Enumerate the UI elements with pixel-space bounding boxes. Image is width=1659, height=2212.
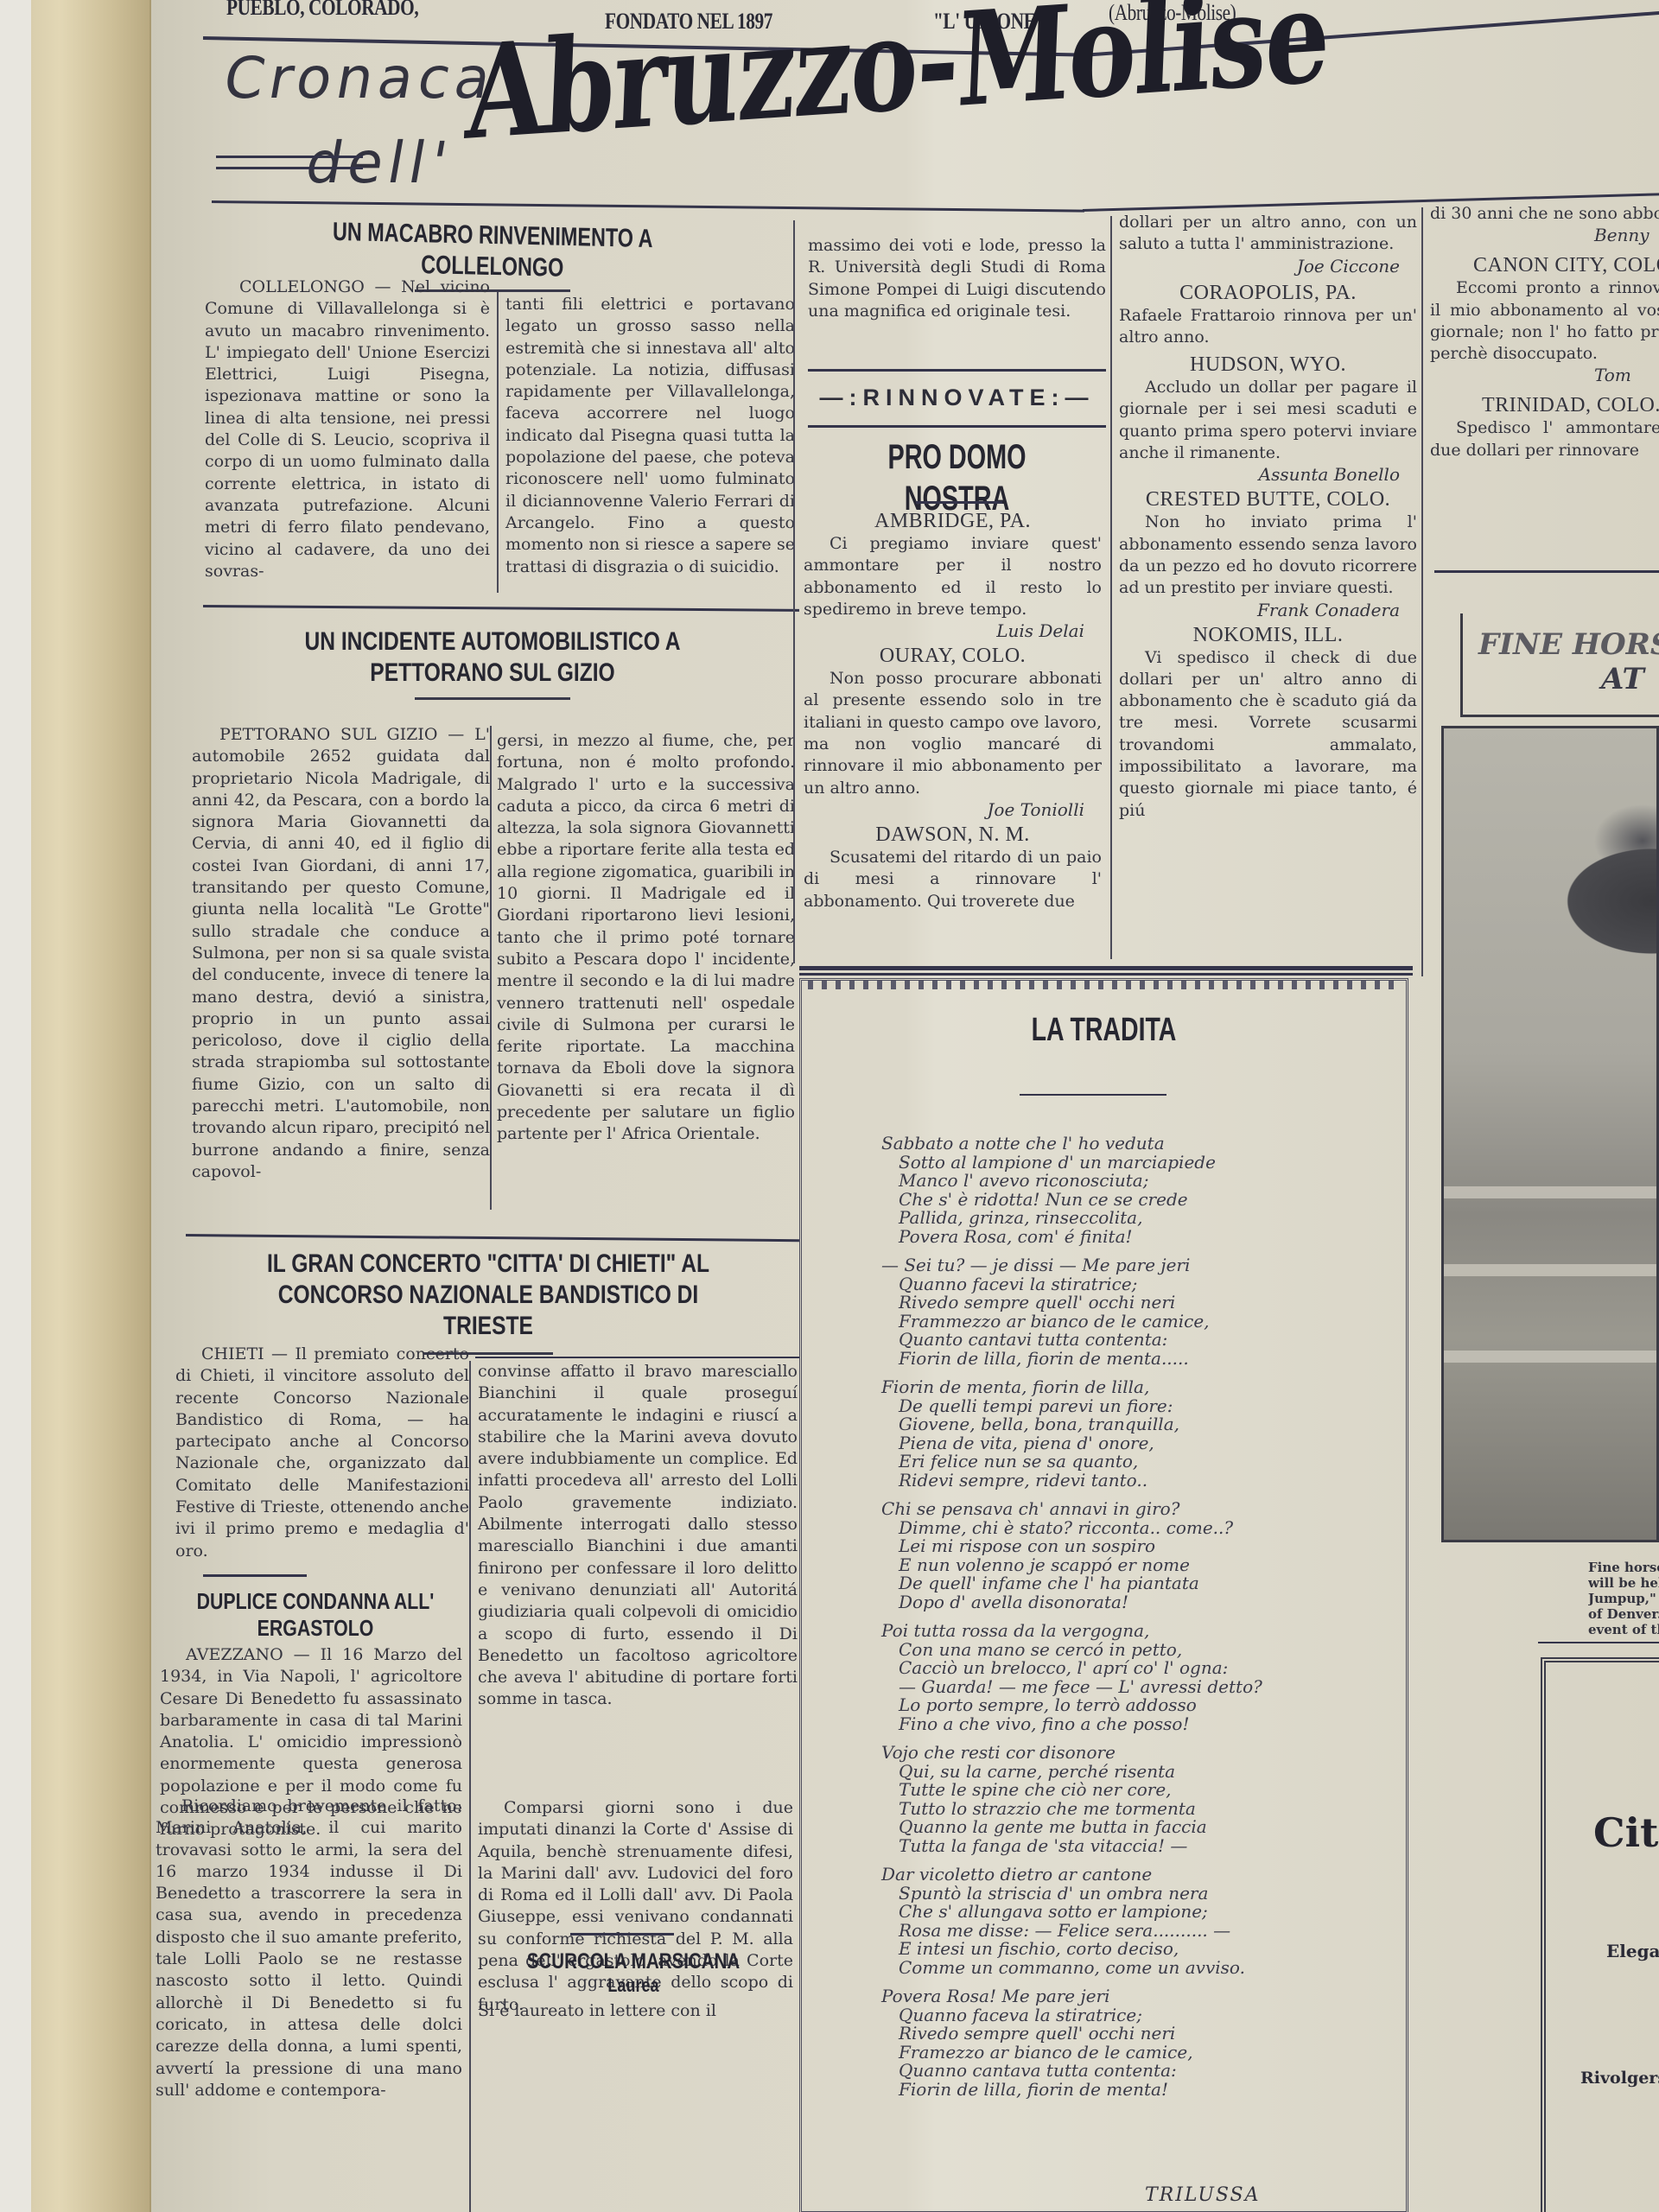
column-rule [469, 1361, 471, 2212]
letter-place: CORAOPOLIS, PA. [1119, 282, 1417, 305]
poem-line: Quanno cantava tutta contenta: [881, 2062, 1400, 2081]
column-rule [1110, 216, 1112, 959]
chieti-col1: CHIETI — Il premiato concerto di Chieti,… [175, 1344, 469, 1562]
masthead-title: Abruzzo-Molise [463, 0, 1332, 169]
poem-line: Giovene, bella, bona, tranquilla, [881, 1415, 1400, 1434]
masthead-double-rule-1 [216, 156, 363, 158]
poem-line: Quanno facevi la stiratrice; [881, 1275, 1400, 1294]
poem-line: Lei mi rispose con un sospiro [881, 1537, 1400, 1556]
poem-line: Framezzo ar bianco de le camice, [881, 2044, 1400, 2063]
horse-headline-1: FINE HORS [1463, 613, 1659, 662]
caption-line: of Denver. The horse sho [1588, 1606, 1659, 1622]
letter-text: Non posso procurare abbonati al presente… [804, 668, 1102, 799]
ergastolo-col1-p2: Ricordiamo brevemente il fatto: Marini A… [156, 1796, 462, 2101]
masthead-dell: dell' [301, 130, 457, 196]
book-binding-edge [0, 0, 151, 2212]
poem-line: Sotto al lampione d' un marciapiede [881, 1154, 1400, 1173]
poem-line: Cacciò un brelocco, l' aprí co' l' ogna: [881, 1659, 1400, 1678]
poem-line: Qui, su la carne, perché risenta [881, 1763, 1400, 1782]
headline-pro-domo-nostra: PRO DOMO NOSTRA [849, 436, 1064, 519]
collelongo-col1: COLLELONGO — Nel vicino Comune di Villav… [205, 276, 490, 582]
poem-line: Lo porto sempre, lo terrò addosso [881, 1696, 1400, 1715]
letter-text: Non ho inviato prima l' abbonamento esse… [1119, 512, 1417, 599]
letter-signature: Luis Delai [804, 620, 1102, 641]
poem-line: Dimme, chi è stato? ricconta.. come..? [881, 1519, 1400, 1538]
poem-line: Che s' è ridotta! Nun ce se crede [881, 1191, 1400, 1210]
letter-text: Spedisco l' ammontare di due dollari per… [1430, 417, 1659, 461]
poem-line: Frammezzo ar bianco de le camice, [881, 1313, 1400, 1332]
poem-line: E intesi un fischio, corto deciso, [881, 1940, 1400, 1959]
photo-fence-rail [1444, 1186, 1656, 1198]
column-rule [1421, 207, 1423, 976]
photo-fence-rail [1444, 1351, 1656, 1363]
article-pettorano: UN INCIDENTE AUTOMOBILISTICO A PETTORANO… [212, 626, 773, 700]
poem-line: Chi se pensava ch' annavi in giro? [881, 1500, 1400, 1519]
section-double-rule [799, 966, 1413, 970]
column-rule [490, 726, 492, 1210]
section-rule [475, 1357, 799, 1358]
poem-line: Povera Rosa! Me pare jeri [881, 1987, 1400, 2006]
poem-line: Eri felice nun se sa quanto, [881, 1452, 1400, 1471]
poem-line: Fiorin de lilla, fiorin de menta! [881, 2081, 1400, 2100]
letter-text: Scusatemi del ritardo di un paio di mesi… [804, 847, 1102, 912]
letter-place: NOKOMIS, ILL. [1119, 624, 1417, 647]
ad-line-3: Elegante libretto [1606, 1941, 1659, 1961]
article-chieti: IL GRAN CONCERTO "CITTA' DI CHIETI" AL C… [186, 1249, 791, 1355]
letter-text: Ci pregiamo inviare quest' ammontare per… [804, 533, 1102, 620]
letter-place: AMBRIDGE, PA. [804, 510, 1102, 533]
poem-line: Rivedo sempre quell' occhi neri [881, 2024, 1400, 2044]
poem-stanza: Fiorin de menta, fiorin de lilla,De quel… [881, 1378, 1400, 1490]
poem-line: Fino a che vivo, fino a che posso! [881, 1715, 1400, 1734]
poem-stanza: Sabbato a notte che l' ho vedutaSotto al… [881, 1135, 1400, 1246]
letter-signature: Benny [1430, 225, 1659, 245]
poem-line: Fiorin de menta, fiorin de lilla, [881, 1378, 1400, 1397]
section-double-rule [799, 973, 1413, 976]
poem-stanza: Povera Rosa! Me pare jeriQuanno faceva l… [881, 1987, 1400, 2099]
poem-line: Tutte le spine che ciò ner core, [881, 1781, 1400, 1800]
poem-line: Quanto cantavi tutta contenta: [881, 1331, 1400, 1350]
headline-scurcola: SCURCOLA MARSICANA [505, 1948, 760, 1974]
horse-jumping-photo [1441, 726, 1659, 1542]
headline-ergastolo-2: ERGASTOLO [188, 1615, 442, 1642]
masthead-location: PUEBLO, COLORADO, [226, 0, 418, 21]
caption-line: Fine horses will be se [1588, 1560, 1659, 1575]
section-rule [1434, 570, 1659, 573]
pettorano-col1: PETTORANO SUL GIZIO — L' automobile 2652… [192, 724, 490, 1183]
caption-line: Jumpup," thoroughbred hu [1588, 1591, 1659, 1606]
poem-stanza: Dar vicoletto dietro ar cantoneSpuntò la… [881, 1866, 1400, 1977]
poem-line: Quanno la gente me butta in faccia [881, 1818, 1400, 1837]
section-rule [1538, 1642, 1659, 1643]
letter-place: DAWSON, N. M. [804, 823, 1102, 847]
letter-signature: Frank Conadera [1119, 600, 1417, 620]
renewals-col3: di 30 anni che ne sono abbonato e, se po… [1430, 203, 1659, 461]
column-rule [793, 220, 795, 963]
poem-line: Rivedo sempre quell' occhi neri [881, 1294, 1400, 1313]
pettorano-col2: gersi, in mezzo al fiume, che, per fortu… [497, 730, 795, 1146]
horse-caption: Fine horses will be se will be held in P… [1588, 1560, 1659, 1637]
short-rule [1020, 1094, 1166, 1096]
subhead-laurea: Laurea [505, 1974, 760, 1997]
ornament-top [808, 981, 1400, 989]
poem-line: Vojo che resti cor disonore [881, 1744, 1400, 1763]
poem-line: E nun volenno je scappó er nome [881, 1556, 1400, 1575]
letter-text: Eccomi pronto a rinnovare il mio abbonam… [1430, 277, 1659, 365]
newspaper-page: PUEBLO, COLORADO, FONDATO NEL 1897 "L' U… [151, 0, 1659, 2212]
headline-pettorano-1: UN INCIDENTE AUTOMOBILISTICO A [263, 626, 723, 658]
poem-body: Sabbato a notte che l' ho vedutaSotto al… [881, 1135, 1400, 2109]
headline-rule [415, 697, 570, 700]
article-ergastolo: DUPLICE CONDANNA ALL' ERGASTOLO [160, 1588, 471, 1642]
masthead-cronaca: Cronaca [219, 45, 501, 111]
renewals-col1: AMBRIDGE, PA. Ci pregiamo inviare quest'… [804, 510, 1102, 912]
poem-line: Che s' allungava sotto er lampione; [881, 1903, 1400, 1922]
citizenship-ad: Regole p Cittadinanza DOMAN in Ing Elega… [1541, 1657, 1659, 2212]
poem-line: Fiorin de lilla, fiorin de menta..... [881, 1350, 1400, 1369]
horse-headline-box: FINE HORS AT [1460, 613, 1659, 717]
section-rule [808, 369, 1106, 372]
letter-text: di 30 anni che ne sono abbonato e, se po… [1430, 203, 1659, 225]
ad-contact-label: Rivolgersi alla: [1580, 2069, 1659, 2088]
poem-line: Poi tutta rossa da la vergogna, [881, 1622, 1400, 1641]
renewals-col2: dollari per un altro anno, con un saluto… [1119, 212, 1417, 822]
poem-title: LA TRADITA [882, 1011, 1326, 1051]
letter-place: OURAY, COLO. [804, 645, 1102, 668]
letter-place: CANON CITY, COLO. [1430, 254, 1659, 277]
scurcola-continuation: massimo dei voti e lode, presso la R. Un… [808, 235, 1106, 322]
letter-signature: Tom [1430, 365, 1659, 385]
poem-line: Spuntò la striscia d' un ombra nera [881, 1885, 1400, 1904]
column-rule [497, 292, 499, 593]
poem-line: De quelli tempi parevi un fiore: [881, 1397, 1400, 1416]
poem-line: Dopo d' avella disonorata! [881, 1593, 1400, 1612]
poem-stanza: Vojo che resti cor disonoreQui, su la ca… [881, 1744, 1400, 1855]
letter-signature: Joe Toniolli [804, 799, 1102, 820]
poem-line: Povera Rosa, com' é finita! [881, 1228, 1400, 1247]
horse-headline-2: AT [1463, 662, 1659, 696]
letter-signature: Joe Ciccone [1119, 256, 1417, 276]
article-scurcola: SCURCOLA MARSICANA Laurea Si è laureato … [478, 1948, 789, 2023]
poem-stanza: Chi se pensava ch' annavi in giro?Dimme,… [881, 1500, 1400, 1611]
letter-signature: Assunta Bonello [1119, 464, 1417, 485]
poem-line: Dar vicoletto dietro ar cantone [881, 1866, 1400, 1885]
poem-line: Pallida, grinza, rinseccolita, [881, 1209, 1400, 1228]
short-rule [916, 501, 1002, 504]
headline-pettorano-2: PETTORANO SUL GIZIO [263, 658, 723, 689]
letter-place: TRINIDAD, COLO. [1430, 394, 1659, 417]
letter-place: HUDSON, WYO. [1119, 353, 1417, 377]
poem-line: Manco l' avevo riconosciuta; [881, 1172, 1400, 1191]
poem-stanza: Poi tutta rossa da la vergogna,Con una m… [881, 1622, 1400, 1733]
poem-author: TRILUSSA [1145, 2184, 1261, 2206]
poem-line: — Sei tu? — je dissi — Me pare jeri [881, 1256, 1400, 1275]
ad-title-2: Cittadinanza [1593, 1809, 1659, 1856]
headline-chieti-2: CONCORSO NAZIONALE BANDISTICO DI TRIESTE [240, 1280, 736, 1342]
poem-line: — Guarda! — me fece — L' avressi detto? [881, 1678, 1400, 1697]
headline-ergastolo-1: DUPLICE CONDANNA ALL' [188, 1588, 442, 1615]
poem-line: Tutta la fanga de 'sta vitaccia! — [881, 1837, 1400, 1856]
section-rule [203, 605, 799, 612]
letter-text: dollari per un altro anno, con un saluto… [1119, 212, 1417, 256]
headline-chieti-1: IL GRAN CONCERTO "CITTA' DI CHIETI" AL [240, 1249, 736, 1280]
letter-text: Vi spedisco il check di due dollari per … [1119, 647, 1417, 822]
masthead-rule-bottom-left [212, 200, 1084, 213]
caption-line: event of the exposition and [1588, 1622, 1659, 1637]
short-rule [570, 1933, 674, 1935]
letter-place: CRESTED BUTTE, COLO. [1119, 488, 1417, 512]
poem-stanza: — Sei tu? — je dissi — Me pare jeriQuann… [881, 1256, 1400, 1368]
poem-line: Quanno faceva la stiratrice; [881, 2006, 1400, 2025]
banner-rinnovate: —:RINNOVATE:— [808, 385, 1106, 411]
masthead-double-rule-2 [216, 167, 363, 169]
poem-line: Piena de vita, piena d' onore, [881, 1434, 1400, 1453]
poem-line: Tutto lo strazzio che me tormenta [881, 1800, 1400, 1819]
poem-line: Ridevi sempre, ridevi tanto.. [881, 1471, 1400, 1491]
short-rule [203, 1574, 307, 1577]
poem-line: Sabbato a notte che l' ho veduta [881, 1135, 1400, 1154]
collelongo-col2: tanti fili elettrici e portavano legato … [505, 294, 795, 578]
section-rule [186, 1234, 799, 1242]
poem-line: De quell' infame che l' ha piantata [881, 1574, 1400, 1593]
letter-text: Rafaele Frattaroio rinnova per un' altro… [1119, 305, 1417, 349]
letter-text: Accludo un dollar per pagare il giornale… [1119, 377, 1417, 464]
caption-line: will be held in Pueblo, A [1588, 1575, 1659, 1591]
section-rule [808, 425, 1106, 428]
poem-line: Rosa me disse: — Felice sera.......... — [881, 1922, 1400, 1941]
poem-line: Comme un commanno, come un avviso. [881, 1959, 1400, 1978]
scurcola-text-start: Si è laureato in lettere con il [478, 2000, 789, 2022]
photo-fence-rail [1444, 1264, 1656, 1276]
ergastolo-col2-p1: convinse affatto il bravo maresciallo Bi… [478, 1361, 798, 1711]
poem-line: Con una mano se cercó in petto, [881, 1641, 1400, 1660]
